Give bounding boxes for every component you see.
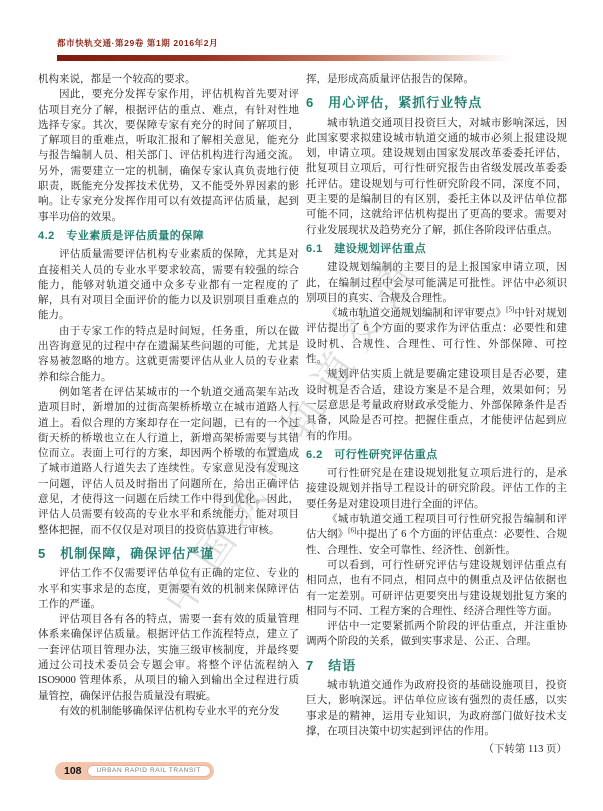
- journal-header-line: 都市快轨交通·第29卷 第1期 2016年2月: [57, 37, 218, 49]
- paragraph: 可以看到，可行性研究评估与建设规划评估重点有相同点，也有不同点，相同点中的侧重点…: [306, 558, 567, 619]
- paragraph: 建设规划编制的主要目的是上报国家申请立项，因此，在编制过程中会尽可能满足可批性。…: [306, 260, 567, 306]
- paragraph: 例如笔者在评估某城市的一个轨道交通高架车站改造项目时，新增加的过街高架桥桥墩立在…: [38, 385, 299, 538]
- paragraph: 评估工作不仅需要评估单位有正确的定位、专业的水平和实事求是的态度，更需要有效的机…: [38, 566, 299, 612]
- paragraph: 城市轨道交通作为政府投资的基础设施项目，投资巨大，影响深远。评估单位应该有强烈的…: [306, 678, 567, 739]
- page-number: 108: [64, 765, 82, 777]
- paragraph: 机构来说，都是一个较高的要求。: [38, 72, 299, 87]
- paragraph: 因此，要充分发挥专家作用，评估机构首先要对评估项目充分了解，根据评估的重点、难点…: [38, 87, 299, 225]
- paragraph: 有效的机制能够确保评估机构专业水平的充分发: [38, 704, 299, 719]
- section-heading: 5 机制保障，确保评估严谨: [38, 546, 299, 561]
- paragraph: 评估中一定要紧抓两个阶段的评估重点，并注重协调两个阶段的关系，做到实事求是、公正…: [306, 619, 567, 650]
- footer-pill: 108 URBAN RAPID RAIL TRANSIT: [55, 762, 214, 780]
- paragraph: 评估项目各有各的特点，需要一套有效的质量管理体系来确保评估质量。根据评估工作流程…: [38, 612, 299, 704]
- right-column: 挥，是形成高质量评估报告的保障。6 用心评估，紧抓行业特点城市轨道交通项目投资巨…: [306, 72, 567, 757]
- paragraph: 可行性研究是在建设规划批复立项后进行的，是承接建设规划并指导工程设计的研究阶段。…: [306, 466, 567, 512]
- header-gradient-bar: [57, 55, 546, 61]
- paragraph: 城市轨道交通项目投资巨大，对城市影响深远，因此国家要求拟建设城市轨道交通的城市必…: [306, 116, 567, 238]
- paragraph: 评估质量需要评估机构专业素质的保障，尤其是对直接相关人员的专业水平要求较高，需要…: [38, 247, 299, 323]
- two-column-body: 机构来说，都是一个较高的要求。因此，要充分发挥专家作用，评估机构首先要对评估项目…: [38, 72, 567, 757]
- section-heading: 6 用心评估，紧抓行业特点: [306, 95, 567, 110]
- subsection-heading: 4.2 专业素质是评估质量的保障: [38, 229, 299, 244]
- paragraph: 挥，是形成高质量评估报告的保障。: [306, 72, 567, 87]
- paragraph: 规划评估实质上就是要确定建设项目是否必要，建设时机是否合适，建设方案是不是合理，…: [306, 367, 567, 443]
- section-heading: 7 结语: [306, 658, 567, 673]
- subsection-heading: 6.2 可行性研究评估重点: [306, 448, 567, 463]
- paper-page: 都市快轨交通·第29卷 第1期 2016年2月 中国城市轨道交通 机构来说，都是…: [0, 0, 603, 811]
- paragraph: 《城市轨道交通规划编制和评审要点》[5]中针对规划评估提出了 6 个方面的要求作…: [306, 306, 567, 367]
- paragraph: 《城市轨道交通工程项目可行性研究报告编制和评估大纲》[6]中提出了 6 个方面的…: [306, 512, 567, 558]
- paragraph: 由于专家工作的特点是时间短，任务重，所以在做出咨询意见的过程中存在遗漏某些问题的…: [38, 324, 299, 385]
- journal-english-title: URBAN RAPID RAIL TRANSIT: [87, 765, 211, 777]
- continuation-note: （下转第 113 页）: [306, 742, 567, 757]
- left-column: 机构来说，都是一个较高的要求。因此，要充分发挥专家作用，评估机构首先要对评估项目…: [38, 72, 299, 757]
- subsection-heading: 6.1 建设规划评估重点: [306, 242, 567, 257]
